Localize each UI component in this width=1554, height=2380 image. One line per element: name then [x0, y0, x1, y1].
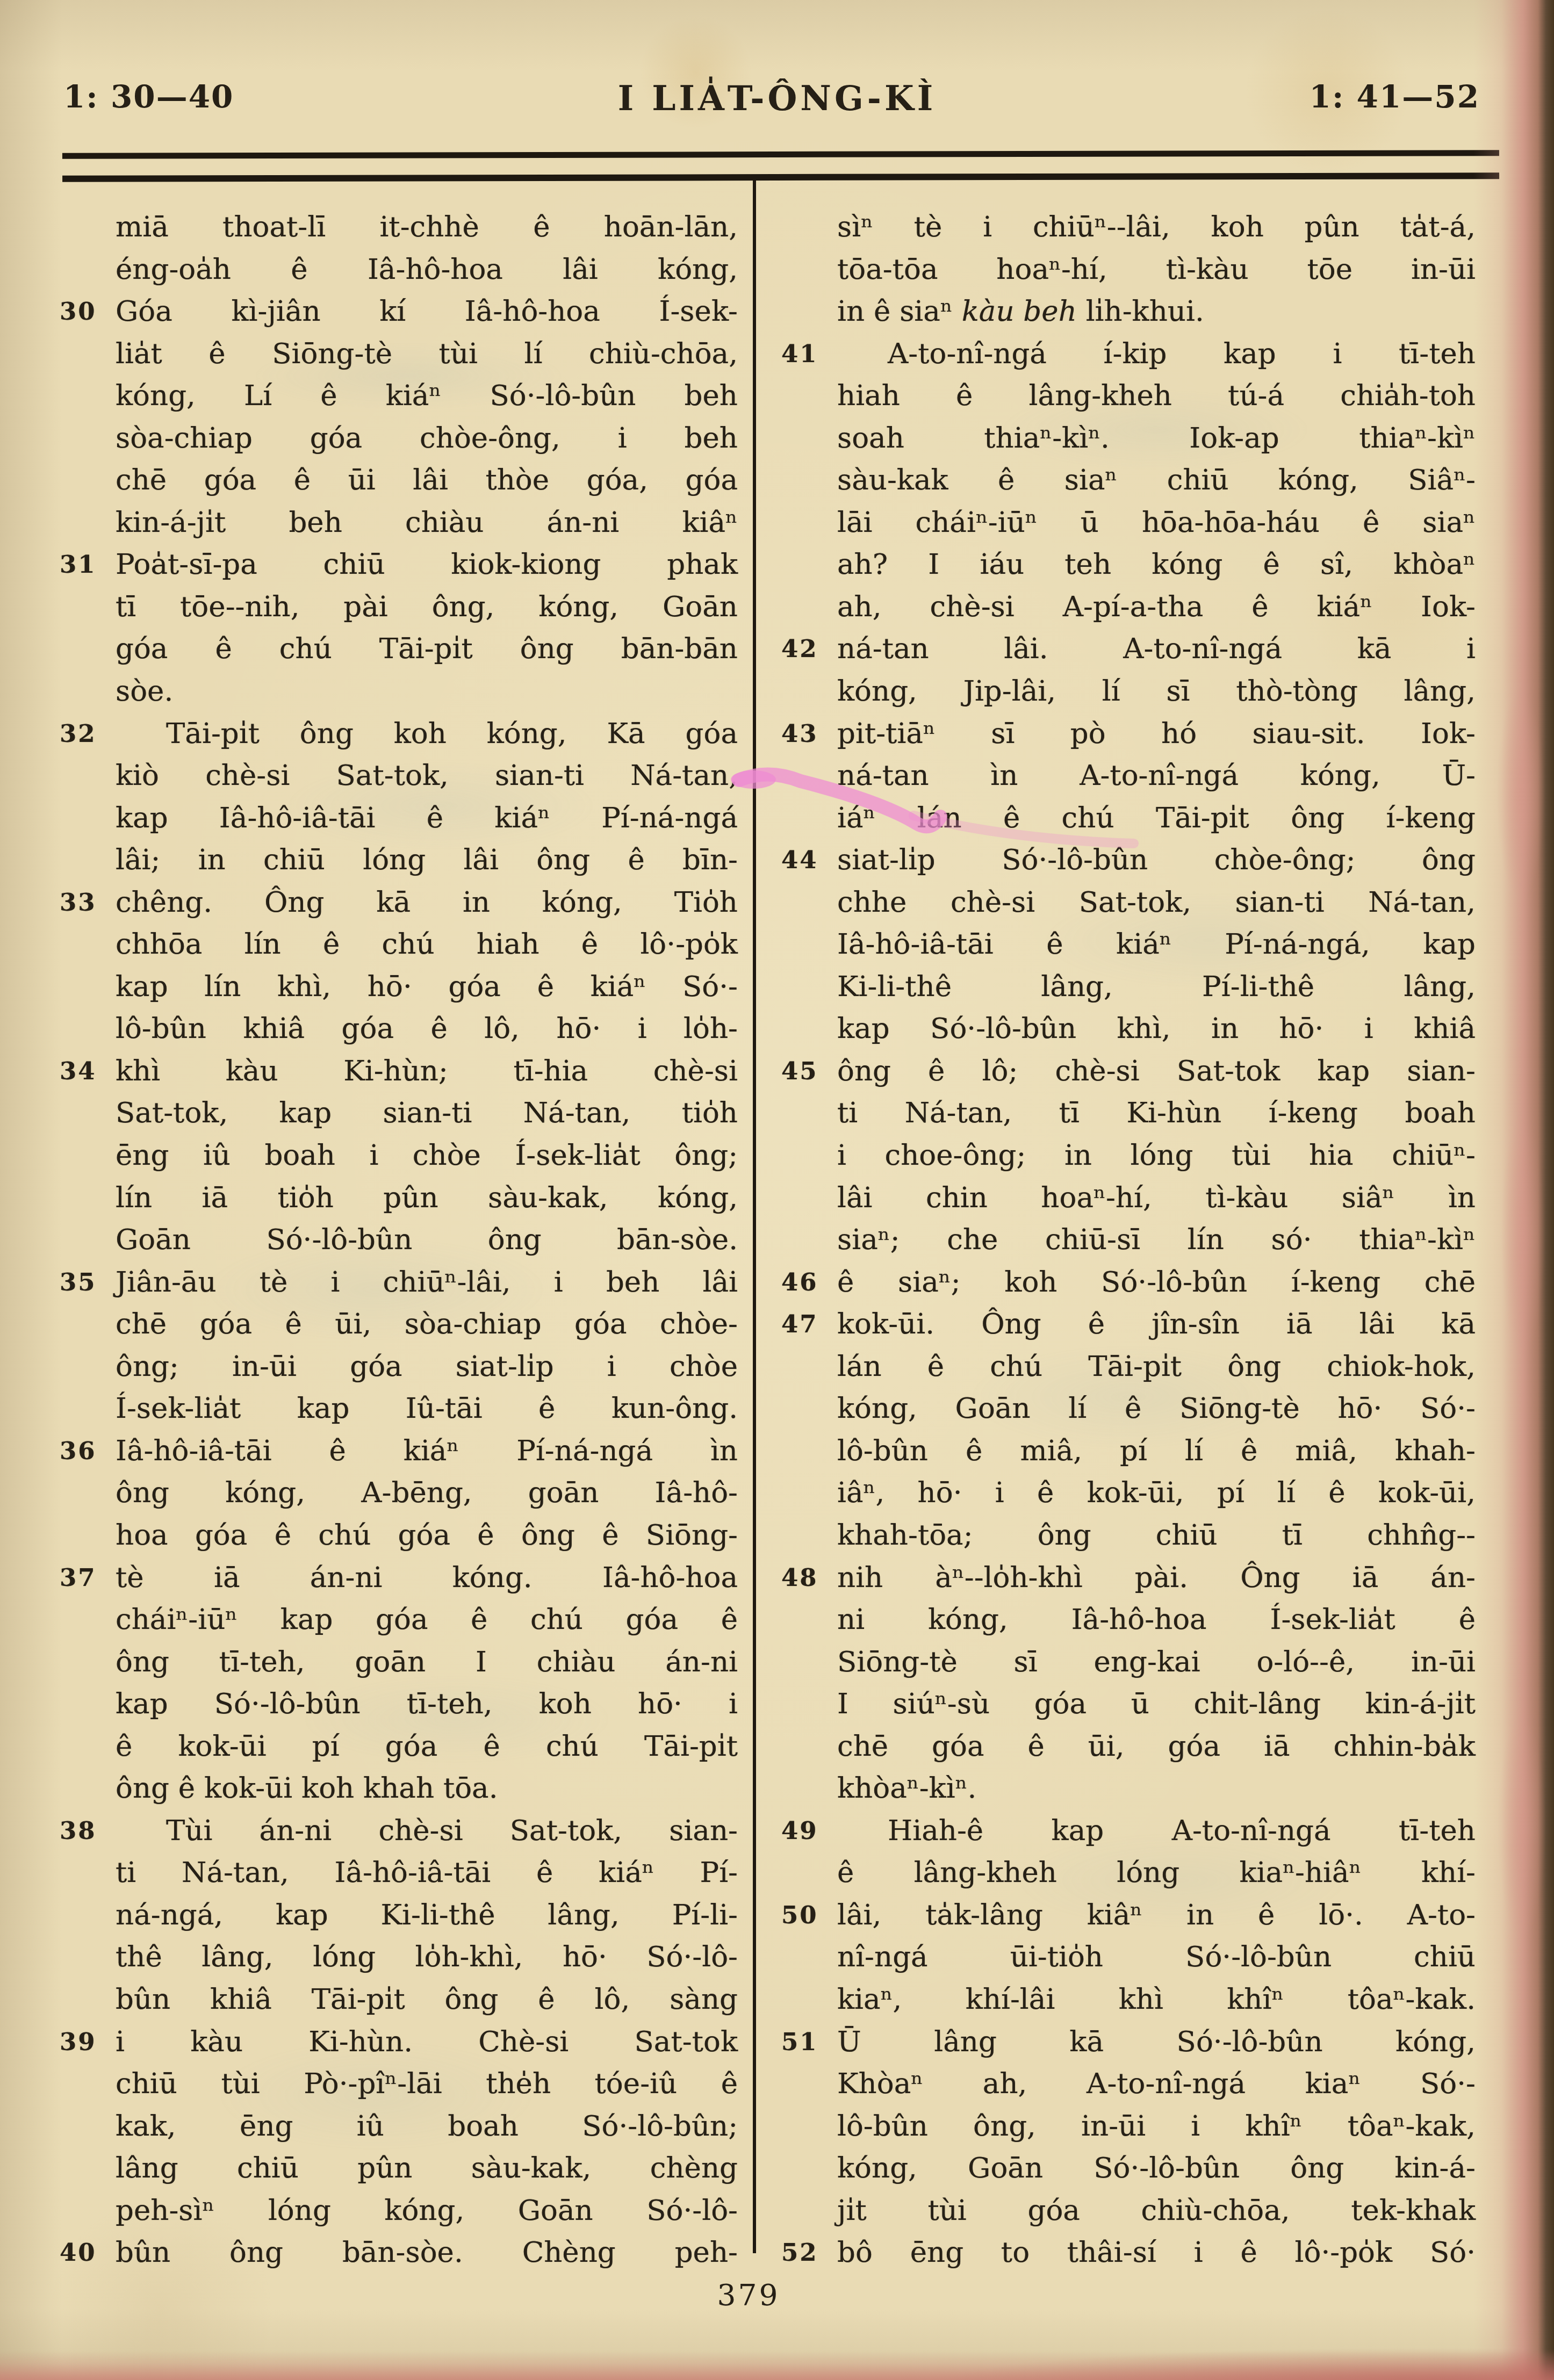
text-line: thê lâng, lóng lo̍h-khì, hō· Só·-lô-	[116, 1936, 738, 1979]
text-line: Iâ-hô-iâ-tāi ê kiáⁿ Pí-ná-ngá, kap	[837, 924, 1476, 966]
text-line: 35Jiân-āu tè i chiūⁿ-lâi, i beh lâi	[116, 1261, 738, 1304]
text-line: Í-sek-lia̍t kap Iû-tāi ê kun-ông.	[116, 1388, 738, 1430]
text-line: 34khì kàu Ki-hùn; tī-hia chè-si	[116, 1050, 738, 1093]
text-line: lín iā tio̍h pûn sàu-kak, kóng,	[116, 1177, 738, 1220]
text-line: ēng iû boah i chòe Í-sek-lia̍t ông;	[116, 1135, 738, 1177]
text-line: ê kok-ūi pí góa ê chú Tāi-pi̍t	[116, 1726, 738, 1768]
text-line: kiò chè-si Sat-tok, sian-ti Ná-tan,	[116, 755, 738, 797]
text-line: khah-tōa; ông chiū tī chhn̂g--	[837, 1514, 1476, 1557]
text-line: lia̍t ê Siōng-tè tùi lí chiù-chōa,	[116, 333, 738, 376]
text-line: 51Ū lâng kā Só·-lô-bûn kóng,	[837, 2021, 1476, 2064]
text-line: 46ê siaⁿ; koh Só·-lô-bûn í-keng chē	[837, 1261, 1476, 1304]
verse-number: 35	[60, 1261, 108, 1304]
text-line: iáⁿ lán ê chú Tāi-pi̍t ông í-keng	[837, 797, 1476, 840]
text-line: 30Góa kì-jiân kí Iâ-hô-hoa Í-sek-	[116, 291, 738, 333]
text-line: nî-ngá ūi-tio̍h Só·-lô-bûn chiū	[837, 1936, 1476, 1979]
verse-number: 48	[781, 1557, 830, 1599]
running-head-verse-range-right: 1: 41—52	[1310, 78, 1480, 115]
text-line: Khòaⁿ ah, A-to-nî-ngá kiaⁿ Só·-	[837, 2063, 1476, 2105]
text-line: chē góa ê ūi, sòa-chiap góa chòe-	[116, 1303, 738, 1346]
text-line: 41A-to-nî-ngá í-kip kap i tī-teh	[837, 333, 1476, 376]
text-line: siaⁿ; che chiū-sī lín só· thiaⁿ-kìⁿ	[837, 1219, 1476, 1261]
text-line: ni kóng, Iâ-hô-hoa Í-sek-lia̍t ê	[837, 1599, 1476, 1641]
text-line: 33chêng. Ông kā in kóng, Tio̍h	[116, 882, 738, 924]
text-line: Goān Só·-lô-bûn ông bān-sòe.	[116, 1219, 738, 1261]
text-line: ji̍t tùi góa chiù-chōa, tek-khak	[837, 2190, 1476, 2232]
page-number: 379	[708, 2278, 789, 2312]
text-line: ná-ngá, kap Ki-li-thê lâng, Pí-li-	[116, 1894, 738, 1937]
text-line: 31Poa̍t-sī-pa chiū kiok-kiong phak	[116, 544, 738, 586]
text-line: 50lâi, ta̍k-lâng kiâⁿ in ê lō·. A-to-	[837, 1894, 1476, 1937]
verse-number: 46	[781, 1261, 830, 1304]
text-line: cháiⁿ-iūⁿ kap góa ê chú góa ê	[116, 1599, 738, 1641]
running-head-verse-range-left: 1: 30—40	[63, 78, 234, 115]
verse-number: 44	[781, 839, 830, 882]
text-line: lâi; in chiū lóng lâi ông ê bīn-	[116, 839, 738, 882]
text-line: 39i kàu Ki-hùn. Chè-si Sat-tok	[116, 2021, 738, 2064]
verse-number: 38	[60, 1810, 108, 1852]
text-line: 47kok-ūi. Ông ê jîn-sîn iā lâi kā	[837, 1303, 1476, 1346]
column-divider-rule	[753, 178, 756, 2253]
text-line: iâⁿ, hō· i ê kok-ūi, pí lí ê kok-ūi,	[837, 1472, 1476, 1514]
text-line: kak, ēng iû boah Só·-lô-bûn;	[116, 2105, 738, 2148]
text-line: 32Tāi-pi̍t ông koh kóng, Kā góa	[116, 713, 738, 755]
text-line: 48nih àⁿ--lo̍h-khì pài. Ông iā án-	[837, 1557, 1476, 1599]
text-line: 49Hiah-ê kap A-to-nî-ngá tī-teh	[837, 1810, 1476, 1852]
text-line: 36Iâ-hô-iâ-tāi ê kiáⁿ Pí-ná-ngá ìn	[116, 1430, 738, 1473]
text-line: kin-á-ji̍t beh chiàu án-ni kiâⁿ	[116, 502, 738, 544]
text-line: chē góa ê ūi, góa iā chhin-ba̍k	[837, 1726, 1476, 1768]
text-line: bûn khiâ Tāi-pi̍t ông ê lô, sàng	[116, 1979, 738, 2021]
text-line: ah? I iáu teh kóng ê sî, khòaⁿ	[837, 544, 1476, 586]
text-line: éng-oa̍h ê Iâ-hô-hoa lâi kóng,	[116, 249, 738, 291]
text-line: miā thoat-lī it-chhè ê hoān-lān,	[116, 206, 738, 249]
verse-number: 32	[60, 713, 108, 755]
text-line: ông tī-teh, goān I chiàu án-ni	[116, 1641, 738, 1684]
text-line: kap Só·-lô-bûn khì, in hō· i khiâ	[837, 1008, 1476, 1050]
text-line: 42ná-tan lâi. A-to-nî-ngá kā i	[837, 628, 1476, 670]
text-line: 37tè iā án-ni kóng. Iâ-hô-hoa	[116, 1557, 738, 1599]
text-line: 45ông ê lô; chè-si Sat-tok kap sian-	[837, 1050, 1476, 1093]
bottom-edge-pink-tint	[0, 2351, 1554, 2380]
text-line: tōa-tōa hoaⁿ-hí, tì-kàu tōe in-ūi	[837, 249, 1476, 291]
text-line: Siōng-tè sī eng-kai o-ló--ê, in-ūi	[837, 1641, 1476, 1684]
text-line: sìⁿ tè i chiūⁿ--lâi, koh pûn ta̍t-á,	[837, 206, 1476, 249]
verse-number: 31	[60, 544, 108, 586]
text-line: peh-sìⁿ lóng kóng, Goān Só·-lô-	[116, 2190, 738, 2232]
text-line: sòa-chiap góa chòe-ông, i beh	[116, 417, 738, 460]
text-line: ông kóng, A-bēng, goān Iâ-hô-	[116, 1472, 738, 1514]
text-line: Sat-tok, kap sian-ti Ná-tan, tio̍h	[116, 1092, 738, 1135]
verse-number: 41	[781, 333, 830, 376]
text-line: hiah ê lâng-kheh tú-á chia̍h-toh	[837, 375, 1476, 417]
text-line: chhōa lín ê chú hiah ê lô·-po̍k	[116, 924, 738, 966]
text-line: ông; in-ūi góa siat-li̍p i chòe	[116, 1346, 738, 1388]
text-line: 44siat-li̍p Só·-lô-bûn chòe-ông; ông	[837, 839, 1476, 882]
text-line: i choe-ông; in lóng tùi hia chiūⁿ-	[837, 1135, 1476, 1177]
verse-number: 52	[781, 2232, 830, 2274]
text-line: lâng chiū pûn sàu-kak, chèng	[116, 2147, 738, 2190]
text-line: lán ê chú Tāi-pi̍t ông chiok-hok,	[837, 1346, 1476, 1388]
text-line: ti Ná-tan, tī Ki-hùn í-keng boah	[837, 1092, 1476, 1135]
running-head-book-title: I LIA̍T-ÔNG-KÌ	[618, 78, 936, 118]
verse-number: 33	[60, 882, 108, 924]
right-text-column: sìⁿ tè i chiūⁿ--lâi, koh pûn ta̍t-á,tōa-…	[837, 206, 1476, 2274]
text-line: chiū tùi Pò·-pîⁿ-lāi the̍h tóe-iû ê	[116, 2063, 738, 2105]
text-line: ê lâng-kheh lóng kiaⁿ-hiâⁿ khí-	[837, 1852, 1476, 1894]
text-line: kap lín khì, hō· góa ê kiáⁿ Só·-	[116, 966, 738, 1008]
text-line: ông ê kok-ūi koh khah tōa.	[116, 1768, 738, 1810]
text-line: chē góa ê ūi lâi thòe góa, góa	[116, 459, 738, 502]
verse-number: 30	[60, 291, 108, 333]
text-line: kóng, Goān lí ê Siōng-tè hō· Só·-	[837, 1388, 1476, 1430]
verse-number: 36	[60, 1430, 108, 1473]
text-line: kóng, Goān Só·-lô-bûn ông kin-á-	[837, 2147, 1476, 2190]
text-line: kóng, Jip-lâi, lí sī thò-tòng lâng,	[837, 670, 1476, 713]
verse-number: 34	[60, 1050, 108, 1093]
text-line: góa ê chú Tāi-pi̍t ông bān-bān	[116, 628, 738, 670]
text-line: lô-bûn ê miâ, pí lí ê miâ, khah-	[837, 1430, 1476, 1473]
text-line: 40bûn ông bān-sòe. Chèng peh-	[116, 2232, 738, 2274]
text-line: sàu-kak ê siaⁿ chiū kóng, Siâⁿ-	[837, 459, 1476, 502]
scanned-book-page: 1: 30—40 I LIA̍T-ÔNG-KÌ 1: 41—52 miā tho…	[0, 0, 1554, 2380]
text-line: 52bô ēng to thâi-sí i ê lô·-po̍k Só·	[837, 2232, 1476, 2274]
text-line: I siúⁿ-sù góa ū chi̍t-lâng kin-á-ji̍t	[837, 1683, 1476, 1726]
header-double-rule	[62, 150, 1499, 182]
text-line: lāi cháiⁿ-iūⁿ ū hōa-hōa-háu ê siaⁿ	[837, 502, 1476, 544]
text-line: kiaⁿ, khí-lâi khì khîⁿ tôaⁿ-kak.	[837, 1979, 1476, 2021]
verse-number: 45	[781, 1050, 830, 1093]
text-line: chhe chè-si Sat-tok, sian-ti Ná-tan,	[837, 882, 1476, 924]
left-text-column: miā thoat-lī it-chhè ê hoān-lān,éng-oa̍h…	[116, 206, 738, 2274]
verse-number: 39	[60, 2021, 108, 2064]
text-line: 43pit-tiāⁿ sī pò hó siau-sit. Iok-	[837, 713, 1476, 755]
verse-number: 40	[60, 2232, 108, 2274]
verse-number: 42	[781, 628, 830, 670]
text-line: ah, chè-si A-pí-a-tha ê kiáⁿ Iok-	[837, 586, 1476, 629]
text-line: ná-tan ìn A-to-nî-ngá kóng, Ū-	[837, 755, 1476, 797]
verse-number: 49	[781, 1810, 830, 1852]
text-line: ti Ná-tan, Iâ-hô-iâ-tāi ê kiáⁿ Pí-	[116, 1852, 738, 1894]
text-line: lô-bûn khiâ góa ê lô, hō· i lo̍h-	[116, 1008, 738, 1050]
text-line: 38Tùi án-ni chè-si Sat-tok, sian-	[116, 1810, 738, 1852]
verse-number: 51	[781, 2021, 830, 2064]
verse-number: 43	[781, 713, 830, 755]
text-line: kóng, Lí ê kiáⁿ Só·-lô-bûn beh	[116, 375, 738, 417]
bottom-right-edge-tint	[748, 2332, 1554, 2380]
verse-number: 37	[60, 1557, 108, 1599]
text-line: in ê siaⁿ kàu beh li̍h-khui.	[837, 291, 1476, 333]
text-line: tī tōe--nih, pài ông, kóng, Goān	[116, 586, 738, 629]
text-line: kap Iâ-hô-iâ-tāi ê kiáⁿ Pí-ná-ngá	[116, 797, 738, 840]
text-line: kap Só·-lô-bûn tī-teh, koh hō· i	[116, 1683, 738, 1726]
text-line: Ki-li-thê lâng, Pí-li-thê lâng,	[837, 966, 1476, 1008]
text-line: lâi chin hoaⁿ-hí, tì-kàu siâⁿ ìn	[837, 1177, 1476, 1220]
verse-number: 47	[781, 1303, 830, 1346]
text-line: soah thiaⁿ-kìⁿ. Iok-ap thiaⁿ-kìⁿ	[837, 417, 1476, 460]
verse-number: 50	[781, 1894, 830, 1937]
text-line: lô-bûn ông, in-ūi i khîⁿ tôaⁿ-kak,	[837, 2105, 1476, 2148]
text-line: sòe.	[116, 670, 738, 713]
fore-edge-pink-tint	[1473, 0, 1554, 2380]
text-line: hoa góa ê chú góa ê ông ê Siōng-	[116, 1514, 738, 1557]
text-line: khòaⁿ-kìⁿ.	[837, 1768, 1476, 1810]
